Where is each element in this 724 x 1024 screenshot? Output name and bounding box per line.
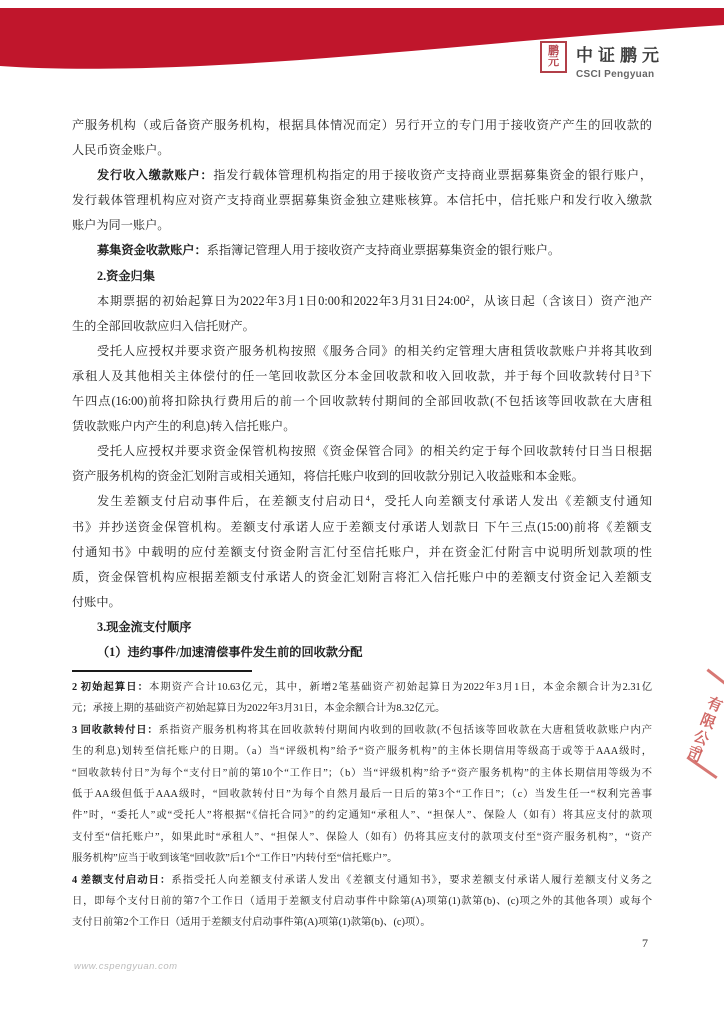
footer-url: www.cspengyuan.com — [74, 961, 178, 972]
text-line: 本期票据的初始起算日为2022年3月1日0:00和2022年3月31日24:00… — [72, 289, 652, 314]
footnote-line: 支付日前第2个工作日（适用于差额支付启动事件第(A)项第(1)款第(b)、(c)… — [72, 912, 652, 933]
text-line: 付通知书》中载明的应付差额支付资金附言汇付至信托账户，并在资金汇付附言中说明所划… — [72, 540, 652, 565]
text-line: 承租人及其他相关主体偿付的任一笔回收款区分本金回收款和收入回收款，并于每个回收款… — [72, 364, 652, 389]
company-stamp: 有限公司 — [686, 670, 724, 815]
text-line: 发行收入缴款账户：指发行载体管理机构指定的用于接收资产支持商业票据募集资金的银行… — [72, 163, 652, 188]
footnote-line: 低于AA级但低于AAA级时，“回收款转付日”为每个自然月最后一日后的第3个“工作… — [72, 784, 652, 805]
footnote-line: 支付至“信托账户”，如果此时“承租人”、“担保人”、保险人（如有）仍将其应支付的… — [72, 827, 652, 848]
footnote-line: 4 差额支付启动日：系指受托人向差额支付承诺人发出《差额支付通知书》，要求差额支… — [72, 870, 652, 891]
text-line: 3.现金流支付顺序 — [72, 615, 652, 640]
footnote-line: 2 初始起算日：本期资产合计10.63亿元，其中，新增2笔基础资产初始起算日为2… — [72, 677, 652, 698]
footnote-line: “回收款转付日”为每个“支付日”前的第10个“工作日”；（b）当“评级机构”给予… — [72, 763, 652, 784]
footnote-line: 元；承接上期的基础资产初始起算日为2022年3月31日，本金余额合计为8.32亿… — [72, 698, 652, 719]
brand-seal-icon: 鹏 元 — [540, 41, 567, 73]
footnote-line: 3 回收款转付日：系指资产服务机构将其在回收款转付期间内收到的回收款(不包括该等… — [72, 720, 652, 741]
text-line: 人民币资金账户。 — [72, 138, 652, 163]
text-line: 2.资金归集 — [72, 264, 652, 289]
text-line: 募集资金收款账户：系指簿记管理人用于接收资产支持商业票据募集资金的银行账户。 — [72, 238, 652, 263]
text-line: 生的全部回收款应归入信托财产。 — [72, 314, 652, 339]
footnote-line: 件”时，“委托人”或“受托人”将根据“《信托合同》”的约定通知“承租人”、“担保… — [72, 805, 652, 826]
footnote-line: 服务机构”应当于收到该笔“回收款”后1个“工作日”内转付至“信托账户”。 — [72, 848, 652, 869]
stamp-arc-top — [706, 668, 724, 690]
logo-text: 中证鹏元 CSCI Pengyuan — [576, 41, 664, 80]
text-line: 发生差额支付启动事件后，在差额支付启动日4，受托人向差额支付承诺人发出《差额支付… — [72, 489, 652, 514]
text-line: （1）违约事件/加速清偿事件发生前的回收款分配 — [72, 640, 652, 665]
seal-char-bottom: 元 — [548, 57, 559, 68]
text-line: 午四点(16:00)前将扣除执行费用后的前一个回收款转付期间的全部回收款(不包括… — [72, 389, 652, 414]
footnotes: 2 初始起算日：本期资产合计10.63亿元，其中，新增2笔基础资产初始起算日为2… — [72, 677, 652, 934]
text-line: 账户为同一账户。 — [72, 213, 652, 238]
page-number: 7 — [642, 936, 648, 951]
footnote-line: 生的利息)划转至信托账户的日期。（a）当“评级机构”给予“资产服务机构”的主体长… — [72, 741, 652, 762]
text-line: 质，资金保管机构应根据差额支付承诺人的资金汇划附言将汇入信托账户中的差额支付资金… — [72, 565, 652, 590]
text-line: 书》并抄送资金保管机构。差额支付承诺人应于差额支付承诺人划款日 下午三点(15:… — [72, 515, 652, 540]
brand-logo: 鹏 元 中证鹏元 CSCI Pengyuan — [540, 41, 664, 80]
body-text: 产服务机构（或后备资产服务机构，根据具体情况而定）另行开立的专门用于接收资产产生… — [72, 113, 652, 665]
logo-english-name: CSCI Pengyuan — [576, 69, 664, 80]
text-line: 赁收款账户内产生的利息)转入信托账户。 — [72, 414, 652, 439]
stamp-dot — [695, 746, 702, 753]
logo-chinese-name: 中证鹏元 — [576, 41, 664, 66]
text-line: 发行载体管理机构应对资产支持商业票据募集资金独立建账核算。本信托中，信托账户和发… — [72, 188, 652, 213]
text-line: 产服务机构（或后备资产服务机构，根据具体情况而定）另行开立的专门用于接收资产产生… — [72, 113, 652, 138]
footnote-line: 日，即每个支付日前的第7个工作日（适用于差额支付启动事件中除第(A)项第(1)款… — [72, 891, 652, 912]
footnote-separator — [72, 670, 252, 672]
text-line: 资产服务机构的资金汇划附言或相关通知，将信托账户收到的回收款分别记入收益账和本金… — [72, 464, 652, 489]
text-line: 受托人应授权并要求资金保管机构按照《资金保管合同》的相关约定于每个回收款转付日当… — [72, 439, 652, 464]
text-line: 付账中。 — [72, 590, 652, 615]
text-line: 受托人应授权并要求资产服务机构按照《服务合同》的相关约定管理大唐租赁收款账户并将… — [72, 339, 652, 364]
